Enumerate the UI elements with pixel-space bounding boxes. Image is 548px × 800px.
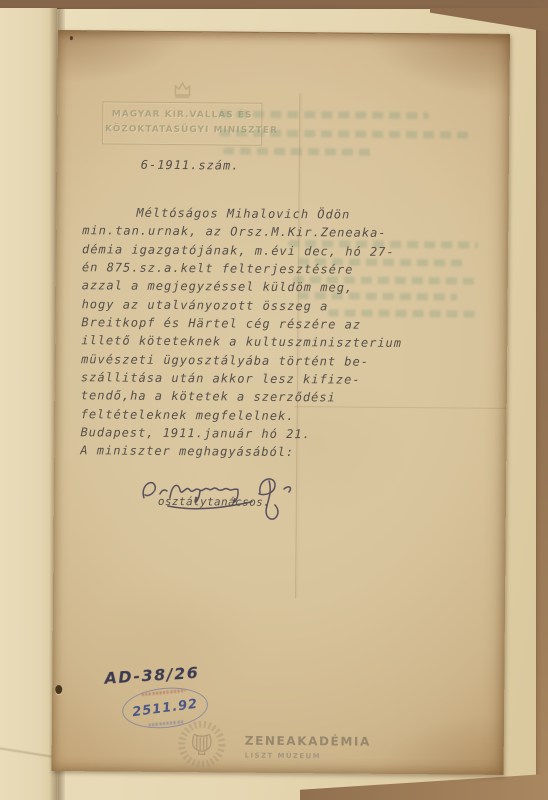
museum-name: ZENEAKADÉMIA xyxy=(245,734,371,749)
signature-title: osztálytanácsos. xyxy=(158,495,270,509)
letter-line: A miniszter meghagyásából: xyxy=(80,442,432,463)
ink-bleedthrough xyxy=(223,147,373,155)
inventory-mark: AD-38/26 xyxy=(104,663,200,688)
crown-icon xyxy=(170,80,194,100)
reference-number: 6-1911.szám. xyxy=(141,158,240,173)
lyre-wreath-icon xyxy=(176,718,228,770)
museum-subname: LISZT MÚZEUM xyxy=(245,752,321,761)
punch-hole xyxy=(55,685,62,694)
scanned-document-photo: MAGYAR KIR.VALLÁS ÉS KÖZOKTATÁSÜGYI MINI… xyxy=(0,0,548,800)
letter-body: Méltóságos Mihalovich Ödön min.tan.urnak… xyxy=(80,203,434,463)
paper-speck xyxy=(70,36,73,40)
stamp-frame: MAGYAR KIR.VALLÁS ÉS KÖZOKTATÁSÜGYI MINI… xyxy=(102,101,262,145)
oval-stamp-number: 2511.92 xyxy=(131,696,199,720)
document-page: MAGYAR KIR.VALLÁS ÉS KÖZOKTATÁSÜGYI MINI… xyxy=(52,30,510,775)
